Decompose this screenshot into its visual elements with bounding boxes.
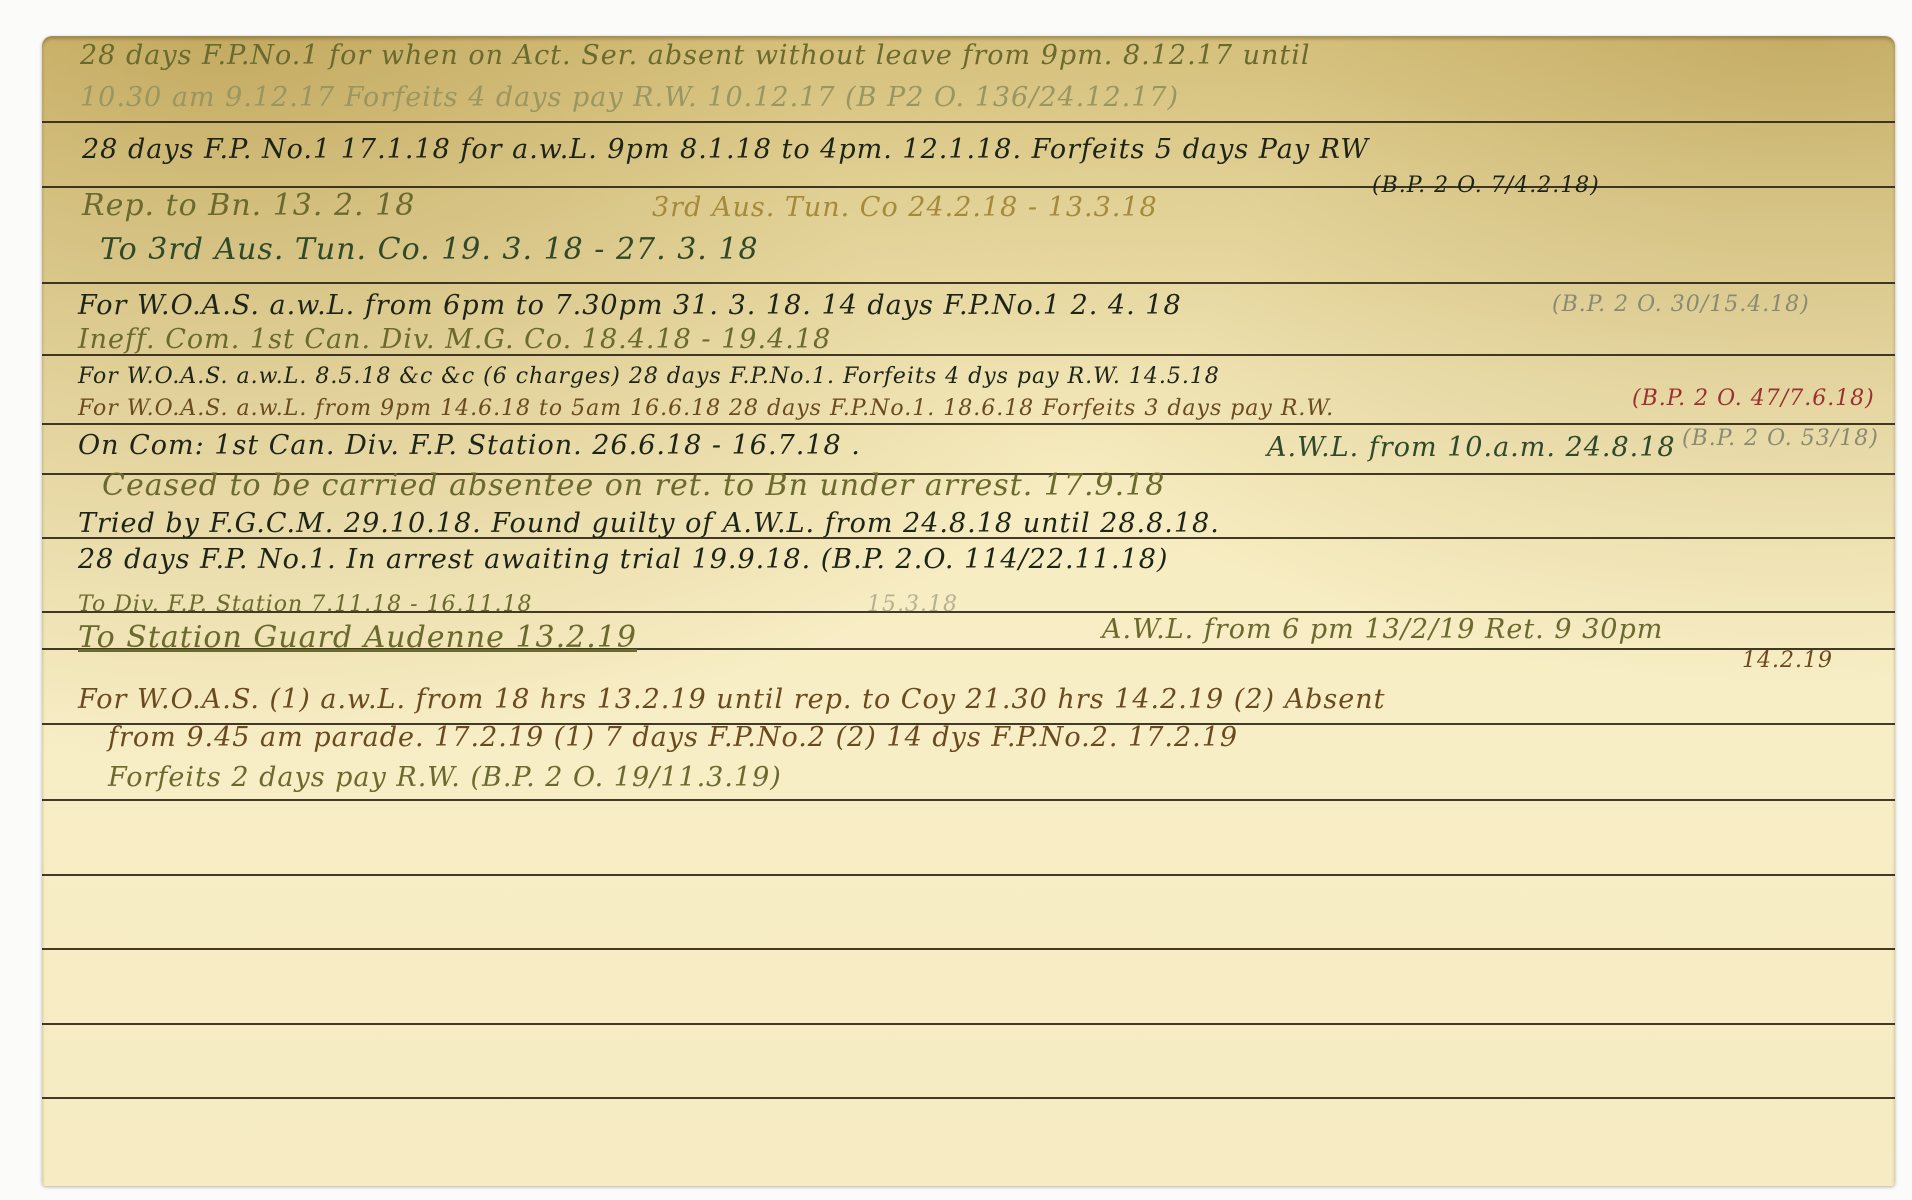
entry-line: For W.O.A.S. (1) a.w.L. from 18 hrs 13.2… (78, 684, 1385, 715)
entry-line: (B.P. 2 O. 47/7.6.18) (1632, 386, 1875, 411)
entry-line: 28 days F.P. No.1. In arrest awaiting tr… (78, 544, 1168, 575)
ruled-line (42, 423, 1895, 425)
entry-line: To 3rd Aus. Tun. Co. 19. 3. 18 - 27. 3. … (100, 232, 759, 267)
entry-line: (B.P. 2 O. 30/15.4.18) (1552, 292, 1810, 317)
entry-line: Ceased to be carried absentee on ret. to… (102, 468, 1165, 503)
entry-line: 15.3.18 (867, 592, 958, 617)
entry-line: To Station Guard Audenne 13.2.19 (78, 620, 637, 655)
entry-line: To Div. F.P. Station 7.11.18 - 16.11.18 (78, 592, 533, 617)
entry-line: For W.O.A.S. a.w.L. 8.5.18 &c &c (6 char… (78, 364, 1220, 389)
ruled-line (42, 799, 1895, 801)
entry-line: 10.30 am 9.12.17 Forfeits 4 days pay R.W… (80, 82, 1179, 113)
entry-line: Rep. to Bn. 13. 2. 18 (82, 188, 415, 223)
record-card: 28 days F.P.No.1 for when on Act. Ser. a… (42, 36, 1895, 1186)
entry-line: A.W.L. from 10.a.m. 24.8.18 (1267, 432, 1676, 463)
entry-line: 28 days F.P. No.1 17.1.18 for a.w.L. 9pm… (82, 134, 1369, 165)
entry-line: For W.O.A.S. a.w.L. from 9pm 14.6.18 to … (78, 396, 1334, 421)
entry-line: Tried by F.G.C.M. 29.10.18. Found guilty… (78, 508, 1220, 539)
entry-line: from 9.45 am parade. 17.2.19 (1) 7 days … (108, 722, 1238, 753)
ruled-line (42, 1023, 1895, 1025)
entry-line: (B.P. 2 O. 53/18) (1682, 426, 1879, 451)
ruled-line (42, 874, 1895, 876)
entry-line: On Com: 1st Can. Div. F.P. Station. 26.6… (78, 430, 861, 461)
entry-line: (B.P. 2 O. 7/4.2.18) (1372, 173, 1600, 198)
entry-line: 3rd Aus. Tun. Co 24.2.18 - 13.3.18 (652, 192, 1158, 223)
ruled-line (42, 282, 1895, 284)
entry-line: Forfeits 2 days pay R.W. (B.P. 2 O. 19/1… (108, 762, 782, 793)
ruled-line (42, 948, 1895, 950)
entry-line: A.W.L. from 6 pm 13/2/19 Ret. 9 30pm (1102, 614, 1663, 645)
ruled-line (42, 1097, 1895, 1099)
entry-line: 28 days F.P.No.1 for when on Act. Ser. a… (80, 40, 1311, 71)
entry-line: Ineff. Com. 1st Can. Div. M.G. Co. 18.4.… (78, 324, 831, 355)
ruled-line (42, 121, 1895, 123)
entry-line: For W.O.A.S. a.w.L. from 6pm to 7.30pm 3… (78, 290, 1182, 321)
entry-line: 14.2.19 (1742, 648, 1833, 673)
